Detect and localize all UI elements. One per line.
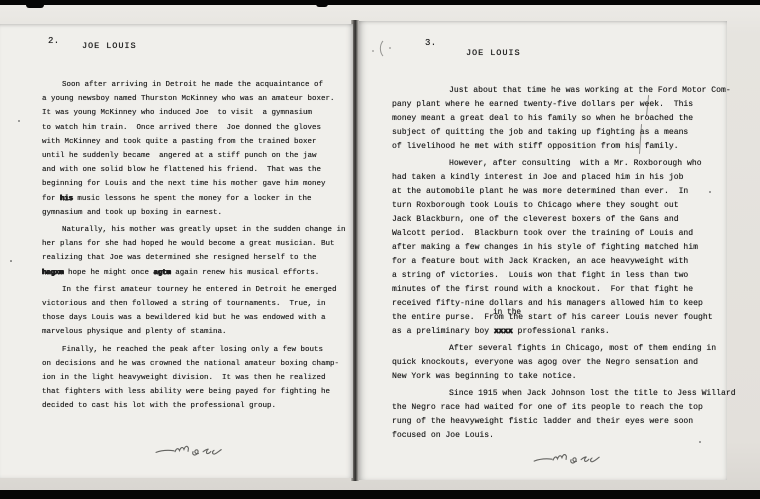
handwritten-more-note bbox=[530, 445, 617, 471]
text-line: at the automobile plant he was more dete… bbox=[392, 185, 728, 199]
text-line: the entire purse. From the start of his … bbox=[392, 311, 728, 325]
text-line: turn Roxborough took Louis to Chicago wh… bbox=[392, 199, 728, 213]
text-line: realizing that Joe was determined she re… bbox=[42, 251, 354, 265]
text-line: those days Louis was a bewildered kid bu… bbox=[42, 311, 354, 325]
page-title: JOE LOUIS bbox=[82, 41, 137, 51]
dust-speck bbox=[709, 191, 711, 193]
paragraph: Naturally, his mother was greatly upset … bbox=[42, 223, 354, 280]
text-line: for his music lessons he spent the money… bbox=[42, 192, 354, 206]
text-line: After several fights in Chicago, most of… bbox=[392, 342, 728, 356]
text-line: Soon after arriving in Detroit he made t… bbox=[42, 78, 354, 92]
text-line: received fifty-nine dollars and his mana… bbox=[392, 297, 728, 311]
typed-body-text: Just about that time he was working at t… bbox=[392, 84, 728, 446]
text-line: of livelihood he met with stiff oppositi… bbox=[392, 140, 728, 154]
text-line: to watch him train. Once arrived there J… bbox=[42, 121, 354, 135]
text-line: the Negro race had waited for one of its… bbox=[392, 401, 728, 415]
page-number: 3. bbox=[425, 38, 437, 48]
text-line: gymnasium and took up boxing in earnest. bbox=[42, 206, 354, 220]
text-line: that fighters with less ability were bei… bbox=[42, 385, 354, 399]
text-line: However, after consulting with a Mr. Rox… bbox=[392, 157, 728, 171]
paragraph: Finally, he reached the peak after losin… bbox=[42, 343, 354, 414]
text-line: with McKinney and took quite a pasting f… bbox=[42, 135, 354, 149]
scanned-page-right: 3. JOE LOUIS Just about that time he was… bbox=[359, 21, 727, 480]
top-black-border bbox=[0, 0, 760, 5]
text-line: Just about that time he was working at t… bbox=[392, 84, 728, 98]
paragraph: In the first amateur tourney he entered … bbox=[42, 283, 354, 340]
text-line: ion in the light heavyweight division. I… bbox=[42, 371, 354, 385]
text-line: rung of the heavyweight fistic ladder an… bbox=[392, 415, 728, 429]
text-line: Walcott period. Blackburn took over the … bbox=[392, 227, 728, 241]
paragraph: After several fights in Chicago, most of… bbox=[392, 342, 728, 384]
text-line: beginning for Louis and the next time hi… bbox=[42, 177, 354, 191]
paragraph: However, after consulting with a Mr. Rox… bbox=[392, 157, 728, 339]
text-line: a string of victories. Louis won that fi… bbox=[392, 269, 728, 283]
text-line: on decisions and he was crowned the nati… bbox=[42, 357, 354, 371]
text-line: decided to cast his lot with the profess… bbox=[42, 399, 354, 413]
text-line: Naturally, his mother was greatly upset … bbox=[42, 223, 354, 237]
text-line: hagxm hope he might once agtm again rene… bbox=[42, 266, 354, 280]
page-title: JOE LOUIS bbox=[466, 48, 521, 58]
text-line: a young newsboy named Thurston McKinney … bbox=[42, 92, 354, 106]
handwritten-more-note bbox=[153, 438, 240, 463]
text-line: as a preliminary boy xxxx professional r… bbox=[392, 325, 728, 339]
text-line: marvelous physique and plenty of stamina… bbox=[42, 325, 354, 339]
dust-speck bbox=[18, 120, 20, 122]
text-line: money meant a great deal to his family s… bbox=[392, 112, 728, 126]
scanned-page-left: 2. JOE LOUIS Soon after arriving in Detr… bbox=[0, 24, 353, 478]
text-line: and with one solid blow he flattened his… bbox=[42, 163, 354, 177]
paragraph: Since 1915 when Jack Johnson lost the ti… bbox=[392, 387, 728, 443]
film-edge-mark bbox=[26, 0, 44, 8]
text-line: pany plant where he earned twenty-five d… bbox=[392, 98, 728, 112]
text-line: subject of quitting the job and taking u… bbox=[392, 126, 728, 140]
film-edge-mark bbox=[316, 0, 328, 7]
text-line: In the first amateur tourney he entered … bbox=[42, 283, 354, 297]
typed-body-text: Soon after arriving in Detroit he made t… bbox=[42, 78, 354, 417]
text-line: until he suddenly became angered at a st… bbox=[42, 149, 354, 163]
text-line: quick knockouts, everyone was agog over … bbox=[392, 356, 728, 370]
pencil-editor-marks bbox=[371, 38, 397, 62]
dust-speck bbox=[10, 260, 12, 262]
dust-speck bbox=[699, 441, 701, 443]
text-line: New York was beginning to take notice. bbox=[392, 370, 728, 384]
text-line: Jack Blackburn, one of the cleverest box… bbox=[392, 213, 728, 227]
bottom-black-border bbox=[0, 490, 760, 499]
text-line: It was young McKinney who induced Joe to… bbox=[42, 106, 354, 120]
text-line: after making a few changes in his style … bbox=[392, 241, 728, 255]
text-line: Finally, he reached the peak after losin… bbox=[42, 343, 354, 357]
paragraph: Just about that time he was working at t… bbox=[392, 84, 728, 154]
text-line: had taken a kindly interest in Joe and p… bbox=[392, 171, 728, 185]
text-line: victorious and then followed a string of… bbox=[42, 297, 354, 311]
paragraph: Soon after arriving in Detroit he made t… bbox=[42, 78, 354, 220]
interline-insertion: in the bbox=[493, 309, 521, 317]
text-line: focused on Joe Louis. bbox=[392, 429, 728, 443]
text-line: minutes of the first round with a knocko… bbox=[392, 283, 728, 297]
page-number: 2. bbox=[48, 36, 60, 46]
text-line: Since 1915 when Jack Johnson lost the ti… bbox=[392, 387, 728, 401]
text-line: her plans for she had hoped he would bec… bbox=[42, 237, 354, 251]
text-line: for a feature bout with Jack Kracken, an… bbox=[392, 255, 728, 269]
